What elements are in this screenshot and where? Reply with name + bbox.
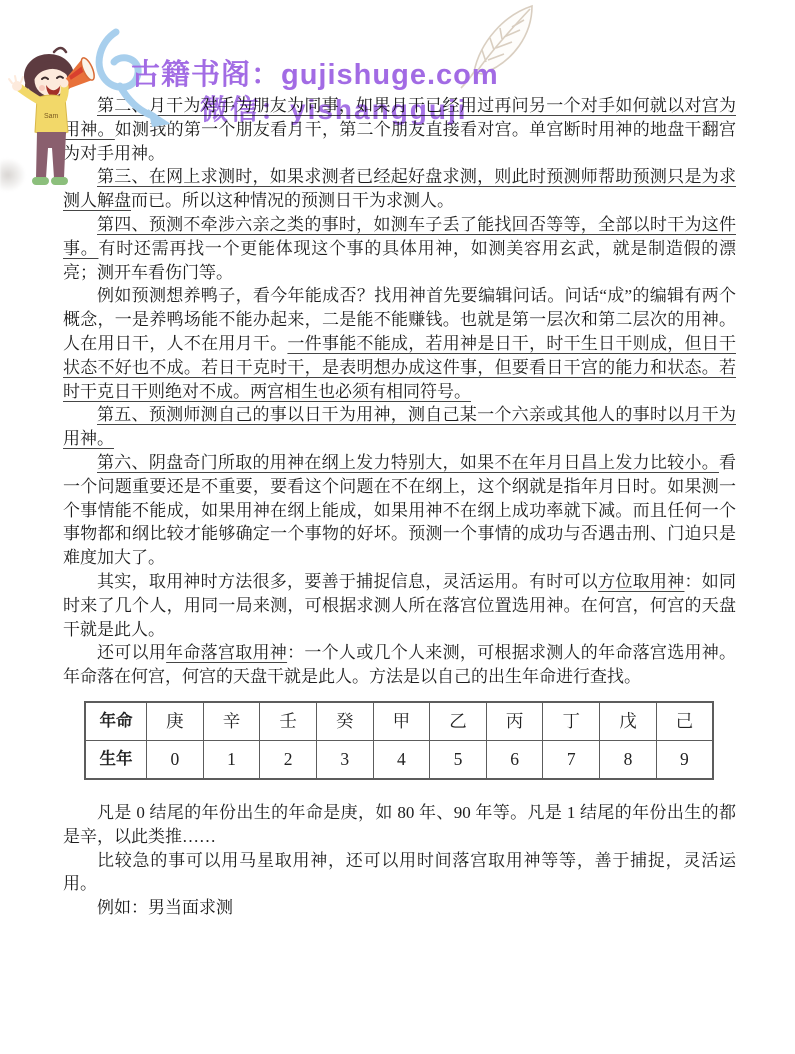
table-cell: 0: [147, 740, 204, 779]
document-body: 第二、月干为对手为朋友为同事，如果月干已经用过再问另一个对手如何就以对宫为用神。…: [63, 94, 736, 920]
table-cell: 壬: [260, 702, 317, 741]
year-stem-lookup-table: 年命庚辛壬癸甲乙丙丁戊己生年0123456789: [84, 701, 714, 780]
text-run: 而已。所以这种情况的预测日干为求测人。: [131, 191, 454, 210]
table-cell: 庚: [147, 702, 204, 741]
text-run: 比较急的事可以用马星取用神，还可以用时间落宫取用神等等，善于捕捉，灵活运用。: [63, 851, 736, 894]
paragraph: 例如预测想养鸭子，看今年能成否？找用神首先要编辑问话。问话“成”的编辑有两个概念…: [63, 284, 736, 403]
table-cell: 3: [316, 740, 373, 779]
underlined-text-run: 年命落宫取用神: [166, 643, 287, 662]
table-cell: 己: [656, 702, 713, 741]
table-cell: 2: [260, 740, 317, 779]
table-cell: 6: [486, 740, 543, 779]
document-page: Sam 古籍书阁：gujishuge.com 微信：yishangguji 第二…: [0, 0, 795, 1054]
table-row: 生年0123456789: [85, 740, 713, 779]
paragraph: 第六、阴盘奇门所取的用神在纲上发力特别大，如果不在年月日昌上发力比较小。看一个问…: [63, 451, 736, 570]
text-run: 有时还需再找一个更能体现这个事的具体用神，如测美容用玄武，就是制造假的漂亮；测开…: [63, 239, 736, 282]
table-row: 年命庚辛壬癸甲乙丙丁戊己: [85, 702, 713, 741]
paragraph: 还可以用年命落宫取用神：一个人或几个人来测，可根据求测人的年命落宫选用神。年命落…: [63, 641, 736, 689]
paragraph: 比较急的事可以用马星取用神，还可以用时间落宫取用神等等，善于捕捉，灵活运用。: [63, 849, 736, 897]
paragraph: 例如：男当面求测: [63, 896, 736, 920]
text-run: 还可以用: [97, 643, 166, 662]
table-cell: 甲: [373, 702, 430, 741]
table-cell: 戊: [600, 702, 657, 741]
wechat-watermark-text: 微信：yishangguji: [200, 88, 468, 128]
underlined-text-run: 第六、阴盘奇门所取的用神在纲上发力特别大，如果不在年月日昌上发力比较小。: [97, 453, 719, 472]
table-cell: 8: [600, 740, 657, 779]
table-cell: 7: [543, 740, 600, 779]
paragraph: 其实，取用神时方法很多，要善于捕捉信息，灵活运用。有时可以方位取用神：如同时来了…: [63, 570, 736, 641]
svg-text:Sam: Sam: [44, 113, 59, 120]
site-logo-text: 古籍书阁：gujishuge.com: [131, 52, 499, 93]
paragraph: 第五、预测师测自己的事以日干为用神，测自己某一个六亲或其他人的事时以月干为用神。: [63, 403, 736, 451]
row-header-cell: 年命: [85, 702, 147, 741]
table-cell: 丁: [543, 702, 600, 741]
table-cell: 5: [430, 740, 487, 779]
mascot-boy-megaphone-icon: Sam: [2, 42, 104, 214]
paragraph: 第三、在网上求测时，如果求测者已经起好盘求测，则此时预测师帮助预测只是为求测人解…: [63, 165, 736, 213]
row-header-cell: 生年: [85, 740, 147, 779]
paragraph: 凡是 0 结尾的年份出生的年命是庚，如 80 年、90 年等。凡是 1 结尾的年…: [63, 801, 736, 849]
underlined-text-run: 方位取用神: [598, 572, 684, 591]
table-cell: 癸: [316, 702, 373, 741]
table-cell: 4: [373, 740, 430, 779]
table-cell: 丙: [486, 702, 543, 741]
table-cell: 1: [203, 740, 260, 779]
table-cell: 乙: [430, 702, 487, 741]
table-cell: 9: [656, 740, 713, 779]
paragraph: 第四、预测不牵涉六亲之类的事时，如测车子丢了能找回否等等，全部以时干为这件事。有…: [63, 213, 736, 284]
underlined-text-run: 第五、预测师测自己的事以日干为用神，测自己某一个六亲或其他人的事时以月干为用神。: [63, 405, 736, 448]
table-cell: 辛: [203, 702, 260, 741]
text-run: 凡是 0 结尾的年份出生的年命是庚，如 80 年、90 年等。凡是 1 结尾的年…: [63, 803, 736, 846]
text-run: 其实，取用神时方法很多，要善于捕捉信息，灵活运用。有时可以: [97, 572, 598, 591]
text-run: 例如：男当面求测: [97, 898, 233, 917]
